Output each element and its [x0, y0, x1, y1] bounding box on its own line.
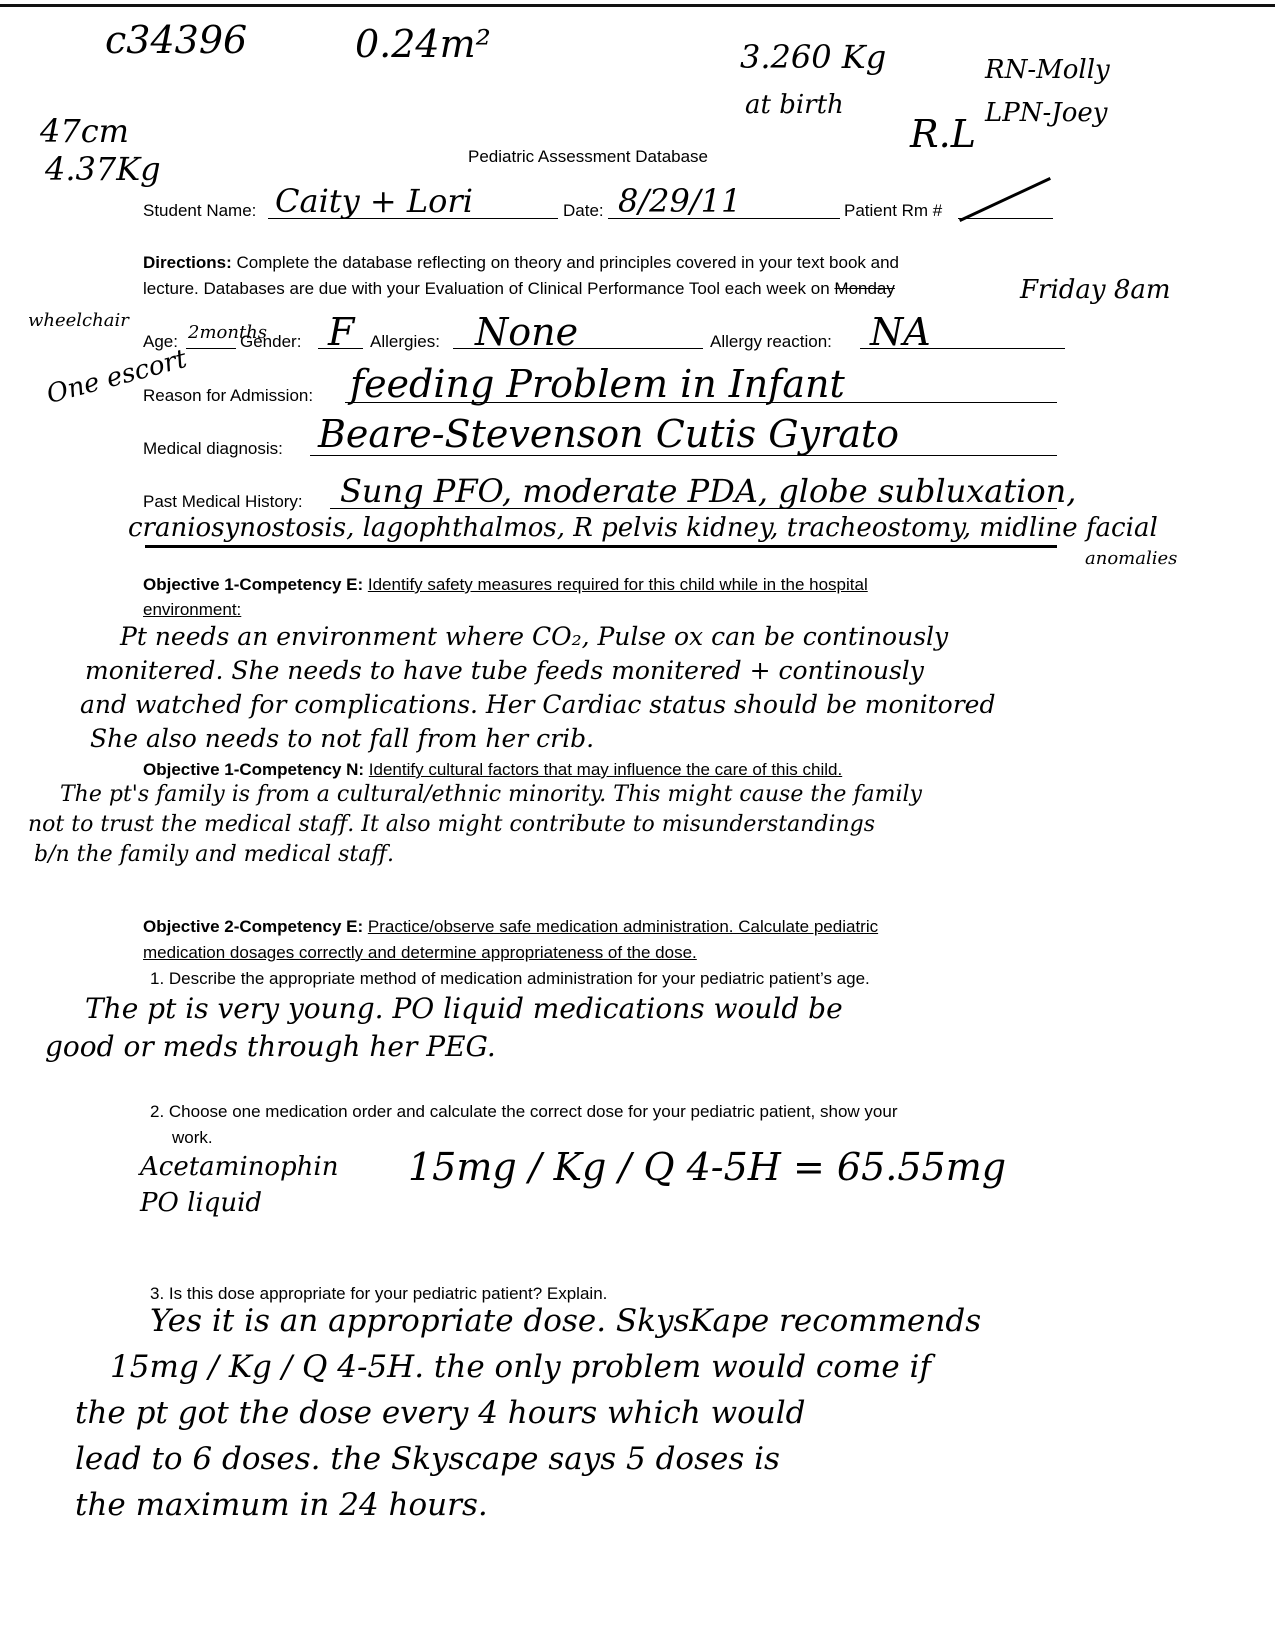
answer-2-drug[interactable]: Acetaminophin: [140, 1152, 339, 1182]
directions-label: Directions:: [143, 253, 232, 272]
answer-line: the pt got the dose every 4 hours which …: [75, 1390, 981, 1436]
room-line: [958, 218, 1053, 219]
answer-line: Yes it is an appropriate dose. SkysKape …: [75, 1298, 981, 1344]
pmh-field-line-3[interactable]: anomalies: [1085, 548, 1177, 569]
staff-rn-note: RN-Molly: [985, 55, 1110, 85]
room-label: Patient Rm #: [844, 201, 942, 221]
answer-line: and watched for complications. Her Cardi…: [80, 688, 995, 722]
allergy-reaction-label: Allergy reaction:: [710, 332, 832, 352]
pmh-line-2: [145, 545, 1057, 548]
bsa-note: 0.24m²: [355, 22, 491, 66]
pmh-label: Past Medical History:: [143, 492, 303, 512]
answer-line: monitered. She needs to have tube feeds …: [80, 654, 995, 688]
objective-1n-prompt: Objective 1-Competency N: Identify cultu…: [143, 760, 842, 780]
objective-2e-prompt-2: medication dosages correctly and determi…: [143, 943, 697, 963]
answer-line: 15mg / Kg / Q 4-5H. the only problem wou…: [75, 1344, 981, 1390]
question-2-line-1: 2. Choose one medication order and calcu…: [150, 1102, 897, 1122]
objective-2e-prompt-1: Practice/observe safe medication adminis…: [368, 917, 878, 936]
birth-weight-note: 3.260 Kg: [740, 38, 886, 76]
objective-2e-heading: Objective 2-Competency E:: [143, 917, 363, 936]
answer-1[interactable]: The pt is very young. PO liquid medicati…: [45, 990, 843, 1066]
objective-1n-prompt-text: Identify cultural factors that may influ…: [369, 760, 842, 779]
pmh-field-line-2[interactable]: craniosynostosis, lagophthalmos, R pelvi…: [128, 513, 1158, 543]
date-field[interactable]: 8/29/11: [618, 182, 741, 220]
answer-line: lead to 6 doses. the Skyscape says 5 dos…: [75, 1436, 981, 1482]
student-name-field[interactable]: Caity + Lori: [275, 182, 473, 220]
answer-3[interactable]: Yes it is an appropriate dose. SkysKape …: [75, 1298, 981, 1528]
student-name-label: Student Name:: [143, 201, 256, 221]
reason-label: Reason for Admission:: [143, 386, 313, 406]
allergies-field[interactable]: None: [475, 310, 578, 354]
age-line: [186, 348, 236, 349]
directions-line-1: Directions: Complete the database reflec…: [143, 253, 899, 273]
date-label: Date:: [563, 201, 604, 221]
objective-1e-heading: Objective 1-Competency E:: [143, 575, 363, 594]
gender-field[interactable]: F: [328, 310, 354, 354]
scan-top-edge: [0, 0, 1275, 7]
objective-2e-prompt: Objective 2-Competency E: Practice/obser…: [143, 917, 878, 937]
answer-line: The pt is very young. PO liquid medicati…: [45, 990, 843, 1028]
answer-2-calculation[interactable]: 15mg / Kg / Q 4-5H = 65.55mg: [408, 1145, 1006, 1189]
weight-note: 4.37Kg: [45, 150, 161, 188]
margin-note-wheelchair: wheelchair: [28, 310, 129, 331]
directions-line-2: lecture. Databases are due with your Eva…: [143, 279, 895, 299]
answer-line: She also needs to not fall from her crib…: [80, 722, 995, 756]
answer-line: The pt's family is from a cultural/ethni…: [28, 780, 922, 810]
answer-2-route[interactable]: PO liquid: [140, 1188, 262, 1218]
room-field-slash[interactable]: [959, 177, 1051, 222]
pmh-field-line-1[interactable]: Sung PFO, moderate PDA, globe subluxatio…: [340, 472, 1076, 510]
objective-1e-answer[interactable]: Pt needs an environment where CO₂, Pulse…: [80, 620, 995, 756]
objective-1e-prompt-2: environment:: [143, 600, 241, 620]
directions-struck-day: Monday: [834, 279, 894, 298]
reason-field[interactable]: feeding Problem in Infant: [350, 362, 845, 406]
birth-weight-label: at birth: [745, 90, 844, 120]
answer-line: the maximum in 24 hours.: [75, 1482, 981, 1528]
answer-line: Pt needs an environment where CO₂, Pulse…: [80, 620, 995, 654]
objective-1n-heading: Objective 1-Competency N:: [143, 760, 364, 779]
age-label: Age:: [143, 332, 178, 352]
objective-1e-prompt-1: Identify safety measures required for th…: [368, 575, 868, 594]
allergy-reaction-field[interactable]: NA: [870, 310, 931, 354]
length-note: 47cm: [40, 112, 129, 150]
gender-label: Gender:: [240, 332, 301, 352]
diagnosis-field[interactable]: Beare-Stevenson Cutis Gyrato: [318, 412, 899, 456]
chart-id-note: c34396: [105, 18, 247, 62]
answer-line: not to trust the medical staff. It also …: [28, 810, 922, 840]
directions-text-2: lecture. Databases are due with your Eva…: [143, 279, 834, 298]
form-title: Pediatric Assessment Database: [468, 147, 708, 167]
allergies-label: Allergies:: [370, 332, 440, 352]
objective-1e-prompt: Objective 1-Competency E: Identify safet…: [143, 575, 868, 595]
initials-note: R.L: [910, 112, 976, 156]
question-2-line-2: work.: [172, 1128, 213, 1148]
answer-line: good or meds through her PEG.: [45, 1028, 843, 1066]
staff-lpn-note: LPN-Joey: [985, 98, 1107, 128]
answer-line: b/n the family and medical staff.: [28, 840, 922, 870]
directions-correction: Friday 8am: [1020, 275, 1171, 305]
diagnosis-label: Medical diagnosis:: [143, 439, 283, 459]
question-1: 1. Describe the appropriate method of me…: [150, 969, 870, 989]
directions-text-1: Complete the database reflecting on theo…: [232, 253, 899, 272]
objective-1n-answer[interactable]: The pt's family is from a cultural/ethni…: [28, 780, 922, 870]
